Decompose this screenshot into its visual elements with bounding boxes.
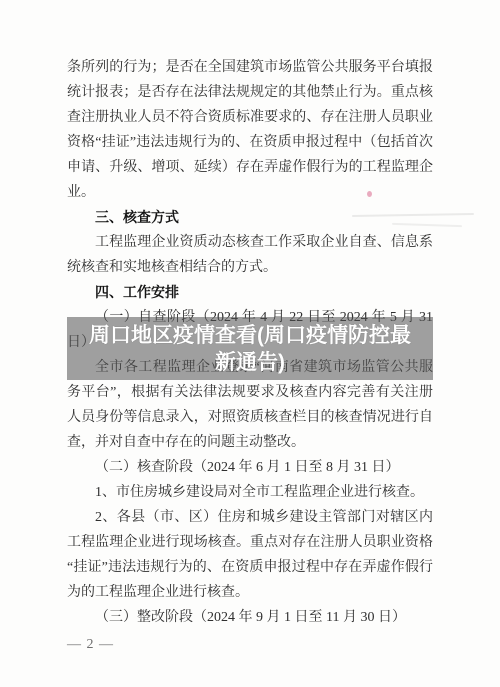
paragraph-stage-2: （二）核查阶段（2024 年 6 月 1 日至 8 月 31 日） bbox=[67, 455, 433, 480]
paragraph-stage-3: （三）整改阶段（2024 年 9 月 1 日至 11 月 30 日） bbox=[67, 605, 433, 630]
heading-section-3: 三、核查方式 bbox=[67, 205, 433, 230]
scan-artifact-pink-speck bbox=[367, 191, 372, 197]
paragraph-stage-2-item-1: 1、市住房城乡建设局对全市工程监理企业进行核查。 bbox=[67, 480, 433, 505]
watermark-title-line-1: 周口地区疫情查看(周口疫情防控最 bbox=[89, 322, 411, 349]
heading-section-4: 四、工作安排 bbox=[67, 280, 433, 305]
page-number: — 2 — bbox=[67, 637, 114, 653]
paragraph-stage-2-item-2: 2、各县（市、区）住房和城乡建设主管部门对辖区内工程监理企业进行现场核查。重点对… bbox=[67, 505, 433, 605]
watermark-title-banner: 周口地区疫情查看(周口疫情防控最 新通告) bbox=[67, 317, 433, 380]
watermark-title-line-2: 新通告) bbox=[215, 349, 285, 376]
document-page: 条所列的行为；是否在全国建筑市场监管公共服务平台填报统计报表；是否存在法律法规规… bbox=[0, 0, 500, 687]
paragraph-continued: 条所列的行为；是否在全国建筑市场监管公共服务平台填报统计报表；是否存在法律法规规… bbox=[67, 55, 433, 205]
paragraph-check-method: 工程监理企业资质动态核查工作采取企业自查、信息系统核查和实地核查相结合的方式。 bbox=[67, 230, 433, 280]
